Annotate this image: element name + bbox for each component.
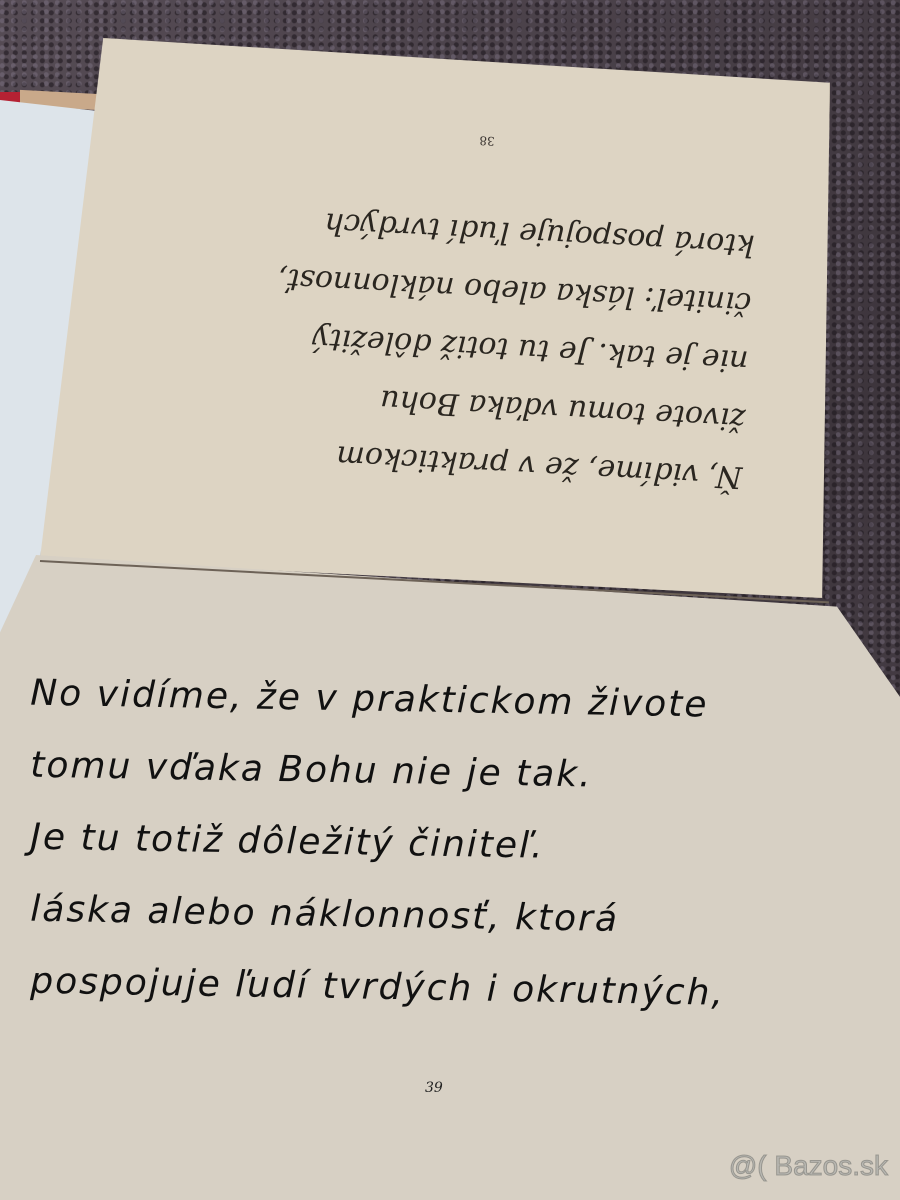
page-38-text: Ň, vidíme, že v praktickom živote tomu v… <box>142 135 759 506</box>
page-39-line: pospojuje ľudí tvrdých i okrutných, <box>29 961 870 1048</box>
bazos-watermark: @( Bazos.sk <box>729 1150 888 1182</box>
page-39-text: No vidíme, že v praktickom živote tomu v… <box>30 680 870 1040</box>
page-38-number: 38 <box>479 133 495 148</box>
page-39-number: 39 <box>425 1080 443 1096</box>
